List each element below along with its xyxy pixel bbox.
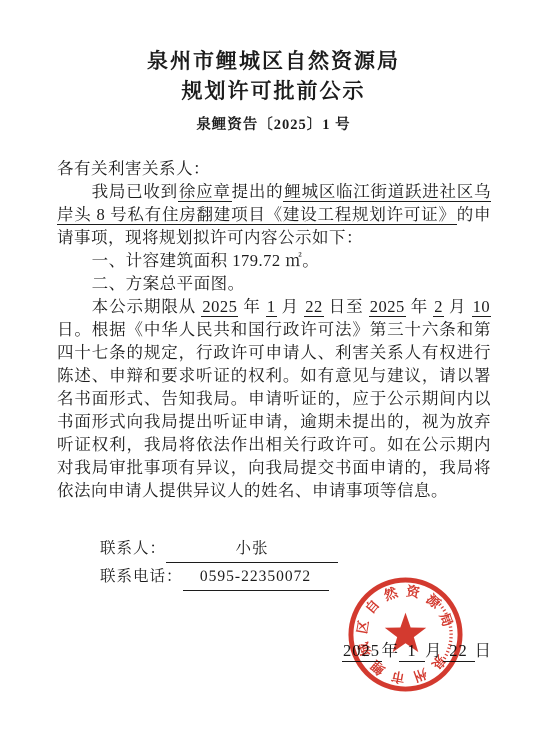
text-segment: 月 bbox=[444, 297, 472, 316]
issue-date: 2025年1月22日 bbox=[0, 637, 547, 662]
contact-phone-label: 联系电话： bbox=[100, 568, 183, 585]
issue-date-month-unit: 月 bbox=[425, 641, 443, 660]
notice-document: 泉州市鲤城区自然资源局 规划许可批前公示 泉鲤资告〔2025〕1 号 各有关利害… bbox=[0, 0, 547, 730]
filled-blank: 1 bbox=[266, 297, 277, 317]
doc-number: 泉鲤资告〔2025〕1 号 bbox=[0, 113, 547, 134]
text-segment: 我局已收到 bbox=[92, 182, 178, 201]
contact-block: 联系人：小张 联系电话：0595-22350072 bbox=[100, 535, 547, 591]
seal-char: 区 bbox=[354, 619, 371, 635]
seal-char: 局 bbox=[437, 611, 456, 629]
filled-blank: 22 bbox=[304, 297, 324, 317]
contact-person-label: 联系人： bbox=[100, 540, 166, 557]
issue-date-day-unit: 日 bbox=[475, 641, 493, 660]
issue-date-year-unit: 年 bbox=[382, 641, 400, 660]
filled-blank: 2025 bbox=[201, 297, 238, 317]
text-segment: 年 bbox=[238, 297, 266, 316]
paragraph-publicity-period: 本公示期限从 2025 年 1 月 22 日至 2025 年 2 月 10 日。… bbox=[57, 295, 491, 502]
contact-phone-row: 联系电话：0595-22350072 bbox=[100, 563, 547, 591]
text-segment: 日至 bbox=[324, 297, 369, 316]
text-segment: 一、计容建筑面积 179.72 ㎡。 bbox=[92, 251, 320, 270]
text-segment: 提出的 bbox=[232, 182, 284, 201]
contact-phone-value: 0595-22350072 bbox=[183, 563, 329, 591]
filled-blank: 10 bbox=[472, 297, 492, 317]
filled-blank: 2 bbox=[433, 297, 444, 317]
issue-date-day: 22 bbox=[443, 641, 475, 662]
text-segment: 年 bbox=[406, 297, 434, 316]
seal-char: 市 bbox=[389, 668, 406, 686]
seal-char: 自 bbox=[362, 596, 383, 617]
paragraph-floor-area: 一、计容建筑面积 179.72 ㎡。 bbox=[57, 249, 491, 272]
contact-person-value: 小张 bbox=[166, 535, 338, 563]
notice-type-title: 规划许可批前公示 bbox=[0, 76, 547, 106]
document-header: 泉州市鲤城区自然资源局 规划许可批前公示 泉鲤资告〔2025〕1 号 bbox=[0, 0, 547, 134]
filled-blank: 徐应章 bbox=[178, 182, 232, 202]
seal-circular-text: 泉州市鲤城区自然资源局 bbox=[354, 582, 455, 686]
official-seal: 泉州市鲤城区自然资源局 bbox=[346, 575, 465, 694]
text-segment: 本公示期限从 bbox=[92, 297, 202, 316]
org-name-title: 泉州市鲤城区自然资源局 bbox=[0, 46, 547, 76]
text-segment: 二、方案总平面图。 bbox=[92, 274, 245, 293]
text-segment: 日。根据《中华人民共和国行政许可法》第三十六条和第四十七条的规定，行政许可申请人… bbox=[57, 320, 491, 500]
seal-char: 州 bbox=[411, 666, 429, 685]
salutation: 各有关利害关系人： bbox=[57, 157, 491, 180]
issue-date-month: 1 bbox=[399, 641, 425, 662]
notice-body: 各有关利害关系人： 我局已收到徐应章提出的鲤城区临江街道跃进社区乌岸头 8 号私… bbox=[57, 157, 491, 502]
paragraph-site-plan: 二、方案总平面图。 bbox=[57, 272, 491, 295]
paragraph-application: 我局已收到徐应章提出的鲤城区临江街道跃进社区乌岸头 8 号私有住房翻建项目《建设… bbox=[57, 180, 491, 249]
seal-char: 源 bbox=[423, 591, 443, 611]
issue-date-year: 2025 bbox=[342, 641, 382, 662]
text-segment: 月 bbox=[277, 297, 305, 316]
filled-blank: 2025 bbox=[369, 297, 406, 317]
contact-person-row: 联系人：小张 bbox=[100, 535, 547, 563]
seal-ring bbox=[351, 580, 460, 689]
